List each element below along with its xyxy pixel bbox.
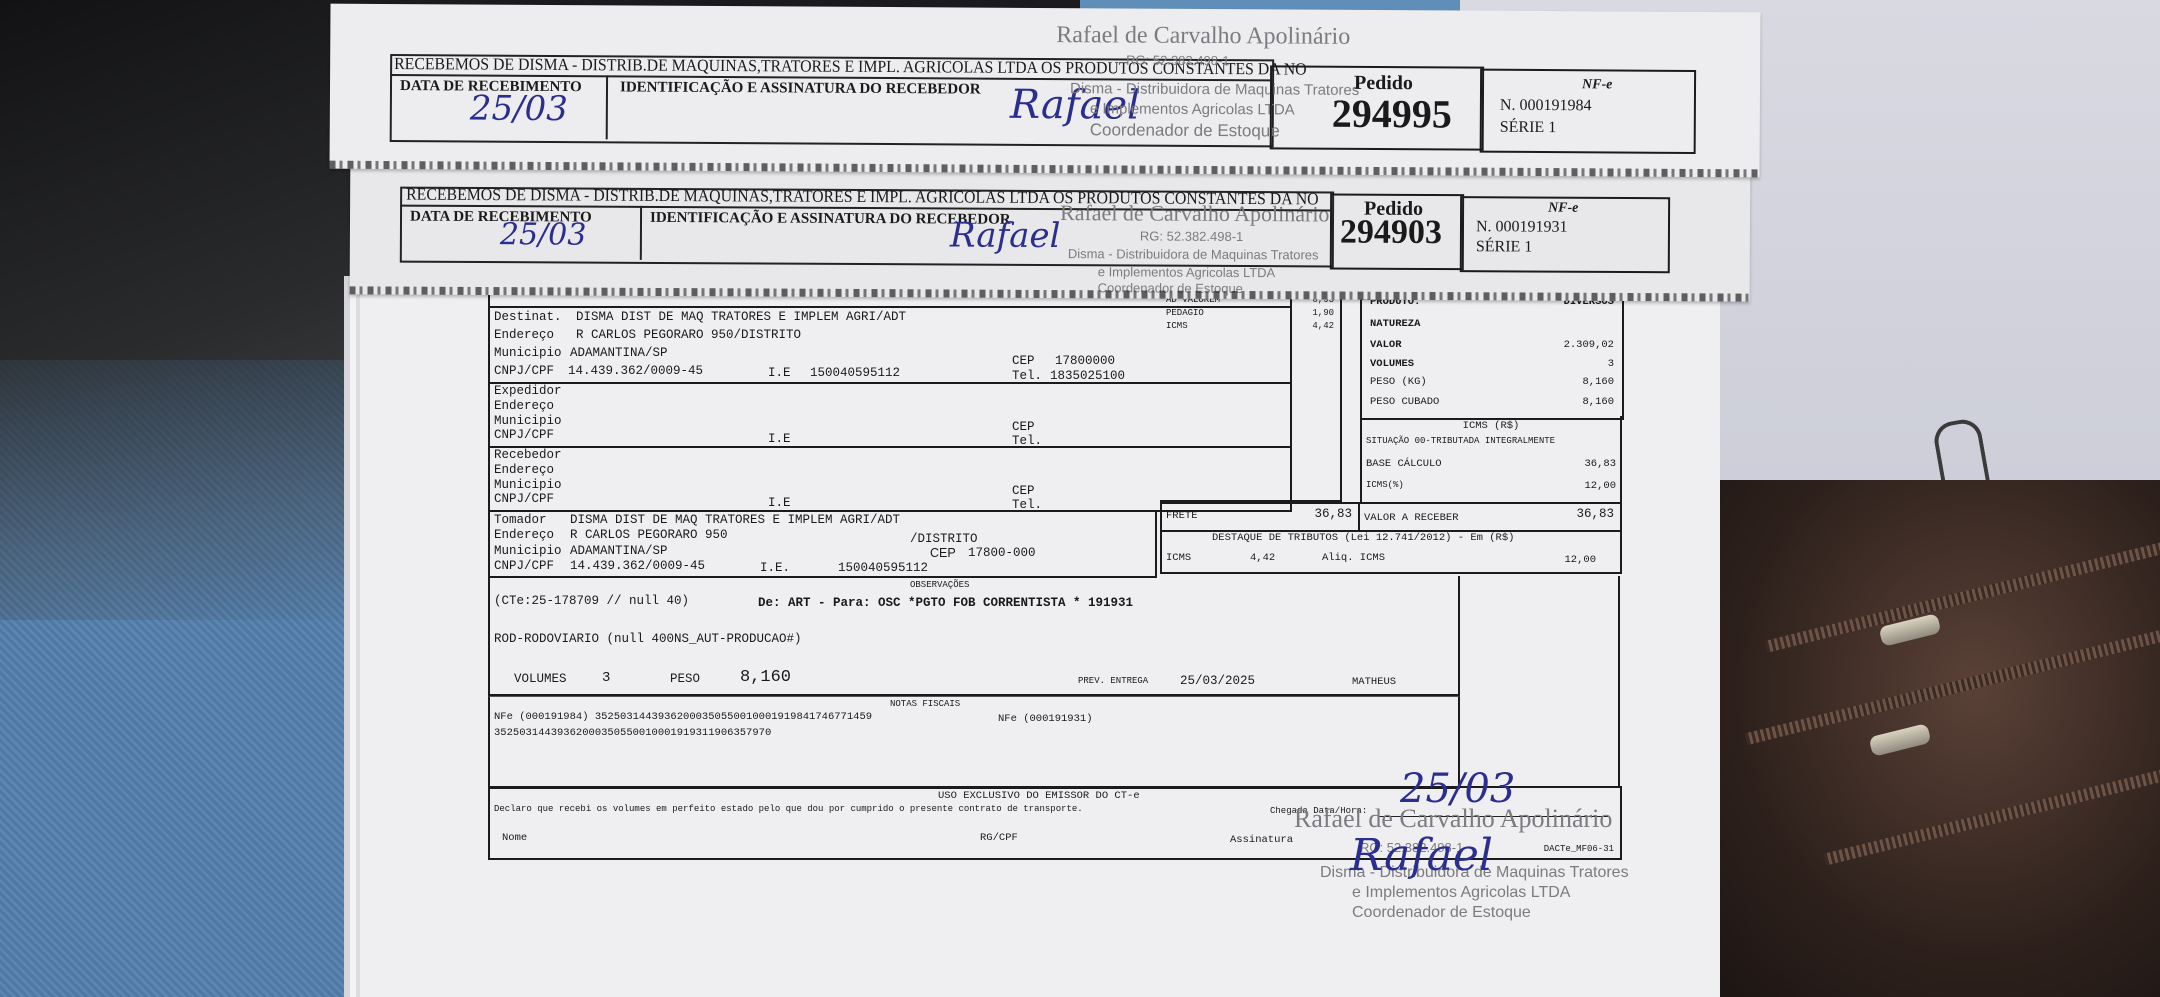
stub1-nfe-label: NF-e — [1582, 77, 1612, 93]
stub2-stamp-company-1: Disma - Distribuidora de Maquinas Trator… — [1068, 246, 1319, 262]
tomador-distrito: /DISTRITO — [910, 532, 978, 546]
prev-entrega-label: PREV. ENTREGA — [1078, 676, 1148, 686]
stub1-stamp-company-2: e Implementos Agricolas LTDA — [1090, 100, 1295, 118]
observacoes-modal: ROD-RODOVIARIO (null 400NS_AUT-PRODUCAO#… — [494, 632, 802, 646]
stub2-nfe-box: NF-e N. 000191931 SÉRIE 1 — [1460, 196, 1670, 273]
recebedor-cnpj-label: CNPJ/CPF — [494, 492, 554, 506]
destinatario-endereco-label: Endereço — [494, 328, 554, 342]
emissor-title: USO EXCLUSIVO DO EMISSOR DO CT-e — [938, 790, 1140, 802]
stub2-nfe-number: N. 000191931 — [1476, 218, 1568, 236]
tomador-municipio-label: Municipio — [494, 544, 562, 558]
recebedor-ie-label: I.E — [768, 496, 791, 510]
peso-cubado-label: PESO CUBADO — [1370, 396, 1439, 408]
background-leather-bag — [1700, 480, 2160, 997]
componente-value: 4,42 — [1312, 321, 1334, 331]
obs-peso-value: 8,160 — [740, 668, 791, 687]
destinatario-cep-label: CEP — [1012, 354, 1035, 368]
tomador-cnpj-label: CNPJ/CPF — [494, 559, 554, 573]
stub2-divider — [640, 206, 642, 260]
stub1-nfe-box: NF-e N. 000191984 SÉRIE 1 — [1480, 69, 1697, 154]
destinatario-municipio-label: Municipio — [494, 346, 562, 360]
handwritten-arrival-date: 25/03 — [1400, 766, 1515, 812]
nfe-key-1: NFe (000191984) 352503144393620003505500… — [494, 711, 872, 723]
icms-aliquota-label: ICMS(%) — [1366, 480, 1404, 490]
stub2-handwritten-date: 25/03 — [500, 217, 587, 252]
rgcpf-label: RG/CPF — [980, 832, 1018, 844]
stub1-stamp-role: Coordenador de Estoque — [1090, 120, 1280, 141]
responsavel-name: MATHEUS — [1352, 676, 1396, 688]
componente-value: 1,90 — [1312, 308, 1334, 318]
stub2-pedido-box: Pedido 294903 — [1330, 193, 1464, 270]
tomador-municipio: ADAMANTINA/SP — [570, 544, 668, 558]
destinatario-cnpj-label: CNPJ/CPF — [494, 364, 554, 378]
componentes-frete-section: FRETE PESO28,00AD VALOREM6,93PEDAGIO1,90… — [1160, 280, 1342, 502]
obs-volumes-value: 3 — [602, 670, 610, 686]
stub1-handwritten-date: 25/03 — [470, 88, 568, 129]
destinatario-cep: 17800000 — [1055, 354, 1115, 368]
assinatura-label: Assinatura — [1230, 834, 1293, 846]
stub2-stamp-rg: RG: 52.382.498-1 — [1140, 228, 1243, 244]
valor-receber-label: VALOR A RECEBER — [1364, 512, 1459, 524]
expedidor-cep-label: CEP — [1012, 420, 1035, 434]
dacte-document: CNPJ/CPF 14.439.362/0003-50 I.E 17717093… — [360, 270, 1720, 997]
obs-peso-label: PESO — [670, 672, 700, 686]
destinatario-ie-label: I.E — [768, 366, 791, 380]
stub2-stamp-company-2: e Implementos Agricolas LTDA — [1098, 264, 1276, 280]
stub1-pedido-number: 294995 — [1332, 90, 1452, 138]
stub2-pedido-number: 294903 — [1340, 214, 1442, 253]
componente-label: ICMS — [1166, 321, 1188, 331]
stub2-nfe-serie: SÉRIE 1 — [1476, 238, 1533, 256]
handwritten-signature: Rafael — [1350, 830, 1493, 881]
destinatario-tel-label: Tel. — [1012, 369, 1042, 383]
stub1-divider — [606, 75, 608, 139]
peso-label: PESO (KG) — [1370, 376, 1427, 388]
frete-label: FRETE — [1166, 510, 1198, 522]
destinatario-name: DISMA DIST DE MAQ TRATORES E IMPLEM AGRI… — [576, 310, 906, 324]
receipt-stub-1: RECEBEMOS DE DISMA - DISTRIB.DE MAQUINAS… — [330, 4, 1761, 178]
peso-value: 8,160 — [1582, 376, 1614, 388]
tomador-name: DISMA DIST DE MAQ TRATORES E IMPLEM AGRI… — [570, 513, 900, 527]
expedidor-label: Expedidor — [494, 384, 562, 398]
emissor-declaracao: Declaro que recebi os volumes em perfeit… — [494, 804, 1083, 814]
recebedor-label: Recebedor — [494, 448, 562, 462]
peso-cubado-value: 8,160 — [1582, 396, 1614, 408]
destinatario-cnpj: 14.439.362/0009-45 — [568, 364, 703, 378]
tomador-cep-label: CEP — [930, 546, 956, 560]
tomador-cnpj: 14.439.362/0009-45 — [570, 559, 705, 573]
notas-fiscais-title: NOTAS FISCAIS — [890, 699, 960, 709]
obs-volumes-label: VOLUMES — [514, 672, 567, 686]
stub1-pedido-box: Pedido 294995 — [1270, 65, 1485, 150]
tributos-aliq-value: 12,00 — [1564, 554, 1596, 566]
prev-entrega-value: 25/03/2025 — [1180, 674, 1255, 688]
frete-value: 36,83 — [1314, 507, 1352, 521]
observacoes-cte-ref: (CTe:25-178709 // null 40) — [494, 594, 689, 608]
tributos-aliq-label: Aliq. ICMS — [1322, 552, 1385, 564]
stub1-nfe-serie: SÉRIE 1 — [1500, 119, 1557, 137]
tributos-icms-label: ICMS — [1166, 552, 1191, 564]
icms-base-value: 36,83 — [1584, 458, 1616, 470]
stub1-nfe-number: N. 000191984 — [1500, 97, 1592, 116]
recebedor-municipio-label: Municipio — [494, 478, 562, 492]
tributos-section: DESTAQUE DE TRIBUTOS (Lei 12.741/2012) -… — [1160, 528, 1622, 574]
valor-value: 2.309,02 — [1564, 339, 1614, 351]
recebedor-cep-label: CEP — [1012, 484, 1035, 498]
destinatario-tel: 1835025100 — [1050, 369, 1125, 383]
stamp-company-2: e Implementos Agricolas LTDA — [1352, 884, 1570, 902]
componente-label: PEDAGIO — [1166, 308, 1204, 318]
volumes-value: 3 — [1608, 358, 1614, 370]
stub2-stamp-name: Rafael de Carvalho Apolinário — [1060, 200, 1330, 227]
componente-row: PEDAGIO1,90 — [1166, 308, 1334, 321]
stub1-stamp-rg: RG: 52.382.498-1 — [1126, 52, 1229, 68]
icms-section: ICMS (R$) SITUAÇÃO 00-TRIBUTADA INTEGRAL… — [1360, 416, 1622, 504]
tomador-ie-label: I.E. — [760, 561, 790, 575]
nfe-key-2: 3525031443936200035055001000191931190635… — [494, 727, 771, 739]
valor-label: VALOR — [1370, 339, 1402, 351]
expedidor-ie-label: I.E — [768, 432, 791, 446]
tomador-endereco-label: Endereço — [494, 528, 554, 542]
componente-row: ICMS4,42 — [1166, 321, 1334, 334]
icms-situacao: SITUAÇÃO 00-TRIBUTADA INTEGRALMENTE — [1366, 436, 1555, 446]
tributos-icms-value: 4,42 — [1250, 552, 1275, 564]
destinatario-endereco: R CARLOS PEGORARO 950/DISTRITO — [576, 328, 801, 342]
tributos-title: DESTAQUE DE TRIBUTOS (Lei 12.741/2012) -… — [1212, 532, 1514, 544]
stub2-nfe-label: NF-e — [1548, 201, 1578, 217]
observacoes-route: De: ART - Para: OSC *PGTO FOB CORRENTIST… — [758, 596, 1133, 610]
volumes-label: VOLUMES — [1370, 358, 1414, 370]
expedidor-municipio-label: Municipio — [494, 414, 562, 428]
expedidor-endereco-label: Endereço — [494, 399, 554, 413]
stub1-signature-label: IDENTIFICAÇÃO E ASSINATURA DO RECEBEDOR — [620, 79, 981, 98]
destinatario-label: Destinat. — [494, 310, 562, 324]
icms-aliquota-value: 12,00 — [1584, 480, 1616, 492]
nome-label: Nome — [502, 832, 527, 844]
background-jeans — [0, 360, 420, 997]
recebedor-endereco-label: Endereço — [494, 463, 554, 477]
notas-fiscais-section: NOTAS FISCAIS NFe (000191984) 3525031443… — [488, 696, 1460, 789]
stub2-handwritten-signature: Rafael — [950, 215, 1061, 256]
observacoes-title: OBSERVAÇÕES — [910, 580, 969, 590]
tomador-label: Tomador — [494, 513, 547, 527]
tomador-endereco: R CARLOS PEGORARO 950 — [570, 528, 728, 542]
tomador-cep: 17800-000 — [968, 546, 1036, 560]
icms-title: ICMS (R$) — [1362, 420, 1620, 432]
stamp-role: Coordenador de Estoque — [1352, 904, 1531, 922]
nfe-ref-2: NFe (000191931) — [998, 713, 1093, 725]
tomador-section: Tomador DISMA DIST DE MAQ TRATORES E IMP… — [488, 510, 1157, 578]
observacoes-section: OBSERVAÇÕES (CTe:25-178709 // null 40) D… — [488, 576, 1460, 696]
expedidor-cnpj-label: CNPJ/CPF — [494, 428, 554, 442]
observacoes-right-box — [1456, 576, 1620, 788]
valor-receber-value: 36,83 — [1576, 507, 1614, 521]
carga-section: PRODUTO: DIVERSOS NATUREZA VALOR 2.309,0… — [1360, 298, 1624, 420]
natureza-label: NATUREZA — [1370, 318, 1420, 330]
icms-base-label: BASE CÁLCULO — [1366, 458, 1442, 470]
tomador-ie: 150040595112 — [838, 561, 928, 575]
destinatario-municipio: ADAMANTINA/SP — [570, 346, 668, 360]
destinatario-ie: 150040595112 — [810, 366, 900, 380]
form-code: DACTe_MF06-31 — [1544, 844, 1614, 854]
stub1-stamp-name: Rafael de Carvalho Apolinário — [1056, 22, 1350, 51]
